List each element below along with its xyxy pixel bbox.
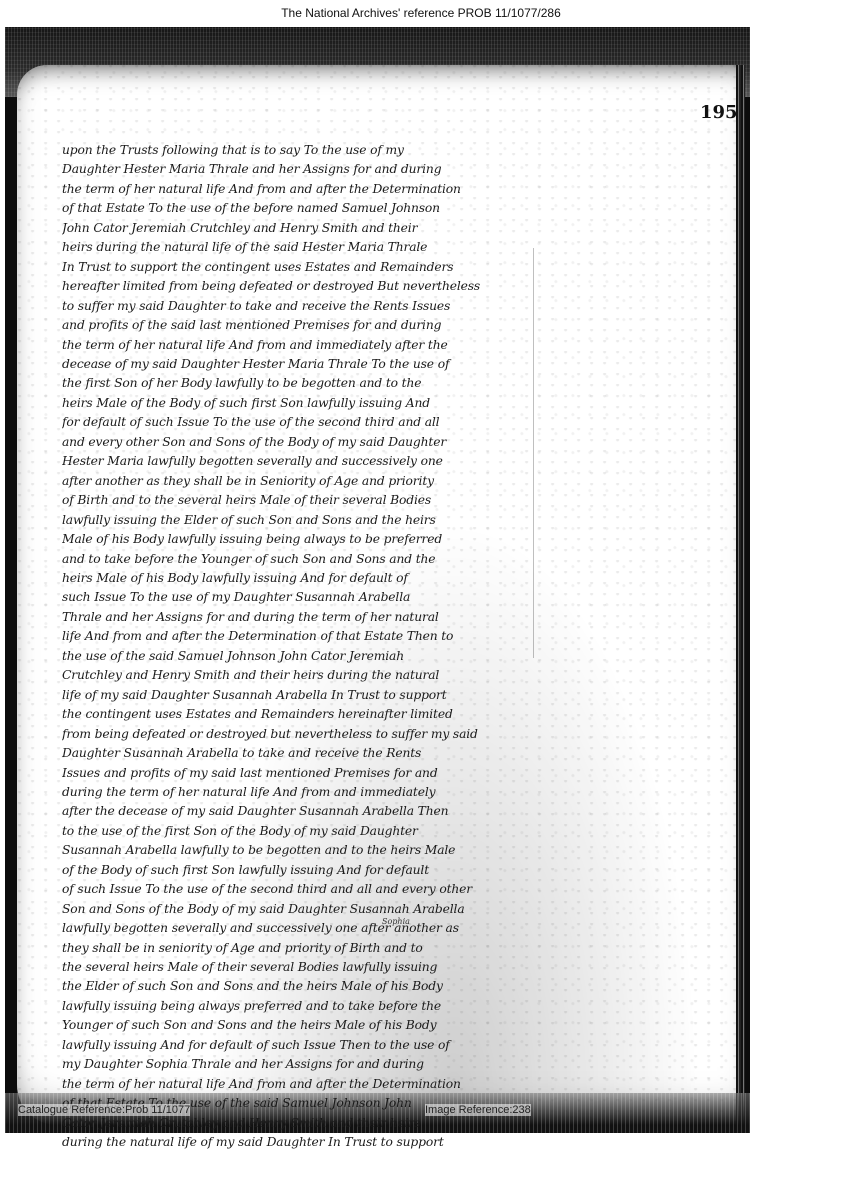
manuscript-line: Son and Sons of the Body of my said Daug… [62, 900, 562, 919]
manuscript-line: of Birth and to the several heirs Male o… [62, 491, 562, 510]
manuscript-line: the Elder of such Son and Sons and the h… [62, 977, 562, 996]
manuscript-line: to the use of the first Son of the Body … [62, 822, 562, 841]
manuscript-line: Issues and profits of my said last menti… [62, 764, 562, 783]
manuscript-line: and profits of the said last mentioned P… [62, 316, 562, 335]
manuscript-line: life of my said Daughter Susannah Arabel… [62, 686, 562, 705]
manuscript-line: lawfully issuing And for default of such… [62, 1036, 562, 1055]
manuscript-line: In Trust to support the contingent uses … [62, 258, 562, 277]
manuscript-line: Daughter Susannah Arabella to take and r… [62, 744, 562, 763]
manuscript-line: hereafter limited from being defeated or… [62, 277, 562, 296]
manuscript-line: Daughter Hester Maria Thrale and her Ass… [62, 160, 562, 179]
manuscript-line: John Cator Jeremiah Crutchley and Henry … [62, 219, 562, 238]
manuscript-line: of that Estate To the use of the before … [62, 199, 562, 218]
manuscript-line: upon the Trusts following that is to say… [62, 141, 562, 160]
manuscript-line: during the term of her natural life And … [62, 783, 562, 802]
manuscript-line: lawfully issuing the Elder of such Son a… [62, 511, 562, 530]
image-reference: Image Reference:238 [425, 1104, 531, 1116]
manuscript-line: Hester Maria lawfully begotten severally… [62, 452, 562, 471]
catalogue-reference: Catalogue Reference:Prob 11/1077 [18, 1104, 190, 1116]
manuscript-line: heirs Male of the Body of such first Son… [62, 394, 562, 413]
manuscript-line: the term of her natural life And from an… [62, 336, 562, 355]
manuscript-line: my Daughter Sophia Thrale and her Assign… [62, 1055, 562, 1074]
manuscript-line: heirs Male of his Body lawfully issuing … [62, 569, 562, 588]
manuscript-line: of such Issue To the use of the second t… [62, 880, 562, 899]
manuscript-line: the first Son of her Body lawfully to be… [62, 374, 562, 393]
manuscript-line: decease of my said Daughter Hester Maria… [62, 355, 562, 374]
manuscript-line: the use of the said Samuel Johnson John … [62, 647, 562, 666]
manuscript-line: the term of her natural life And from an… [62, 1075, 562, 1094]
manuscript-line: life And from and after the Determinatio… [62, 627, 562, 646]
manuscript-line: they shall be in seniority of Age and pr… [62, 939, 562, 958]
manuscript-line: after another as they shall be in Senior… [62, 472, 562, 491]
manuscript-line: and every other Son and Sons of the Body… [62, 433, 562, 452]
manuscript-line: from being defeated or destroyed but nev… [62, 725, 562, 744]
manuscript-line: Male of his Body lawfully issuing being … [62, 530, 562, 549]
manuscript-line: Younger of such Son and Sons and the hei… [62, 1016, 562, 1035]
manuscript-line: Crutchley and Henry Smith and their heir… [62, 666, 562, 685]
manuscript-line: the term of her natural life And from an… [62, 180, 562, 199]
manuscript-line: heirs during the natural life of the sai… [62, 238, 562, 257]
manuscript-line: Cator Jeremiah Crutchley and Henry Smith… [62, 1114, 562, 1133]
interlinear-insertion: Sophia [382, 917, 410, 926]
manuscript-line: lawfully begotten severally and successi… [62, 919, 562, 938]
manuscript-line: after the decease of my said Daughter Su… [62, 802, 562, 821]
manuscript-line: for default of such Issue To the use of … [62, 413, 562, 432]
page-edge-right [736, 65, 745, 1125]
folio-number: 195 [700, 102, 812, 123]
manuscript-text: upon the Trusts following that is to say… [62, 141, 562, 1153]
manuscript-line: of the Body of such first Son lawfully i… [62, 861, 562, 880]
archive-reference-header: The National Archives' reference PROB 11… [0, 6, 842, 20]
manuscript-line: such Issue To the use of my Daughter Sus… [62, 588, 562, 607]
manuscript-line: Susannah Arabella lawfully to be begotte… [62, 841, 562, 860]
manuscript-line: the several heirs Male of their several … [62, 958, 562, 977]
manuscript-line: lawfully issuing being always preferred … [62, 997, 562, 1016]
manuscript-line: and to take before the Younger of such S… [62, 550, 562, 569]
manuscript-line: to suffer my said Daughter to take and r… [62, 297, 562, 316]
manuscript-line: the contingent uses Estates and Remainde… [62, 705, 562, 724]
manuscript-line: Thrale and her Assigns for and during th… [62, 608, 562, 627]
manuscript-line: during the natural life of my said Daugh… [62, 1133, 562, 1152]
